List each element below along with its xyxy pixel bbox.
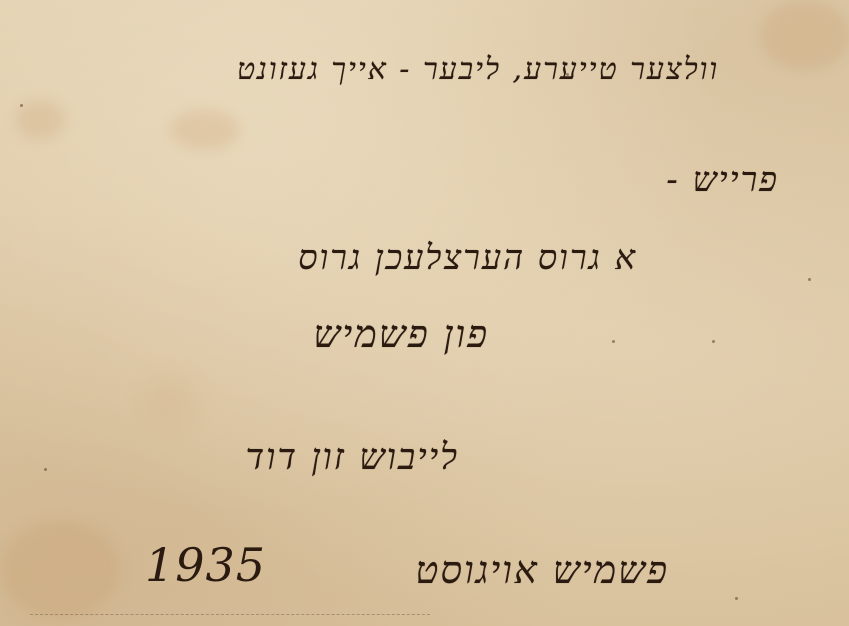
handwritten-year: 1935 bbox=[145, 538, 266, 592]
ink-speck bbox=[612, 340, 615, 343]
ink-speck bbox=[712, 340, 715, 343]
handwritten-line-signature: לייבוש זון דוד bbox=[246, 436, 459, 478]
ink-speck bbox=[735, 597, 738, 600]
handwritten-line-place-date: פשמיש אויגוסט bbox=[415, 548, 669, 593]
ink-speck bbox=[44, 468, 47, 471]
handwritten-line-regards: א גרוס הערצלעכן גרוס bbox=[298, 238, 637, 278]
handwritten-line-addressee: פרייש - bbox=[666, 160, 779, 200]
paper-stain bbox=[760, 0, 849, 70]
faint-ruled-line bbox=[30, 614, 430, 615]
ink-speck bbox=[20, 104, 23, 107]
paper-stain bbox=[170, 110, 240, 150]
ink-speck bbox=[808, 278, 811, 281]
paper-stain bbox=[0, 520, 120, 620]
handwritten-line-greeting: וולצער טייערע, ליבער - אייך געזונט bbox=[237, 52, 719, 87]
handwritten-line-from-place: פון פשמיש bbox=[313, 312, 489, 357]
